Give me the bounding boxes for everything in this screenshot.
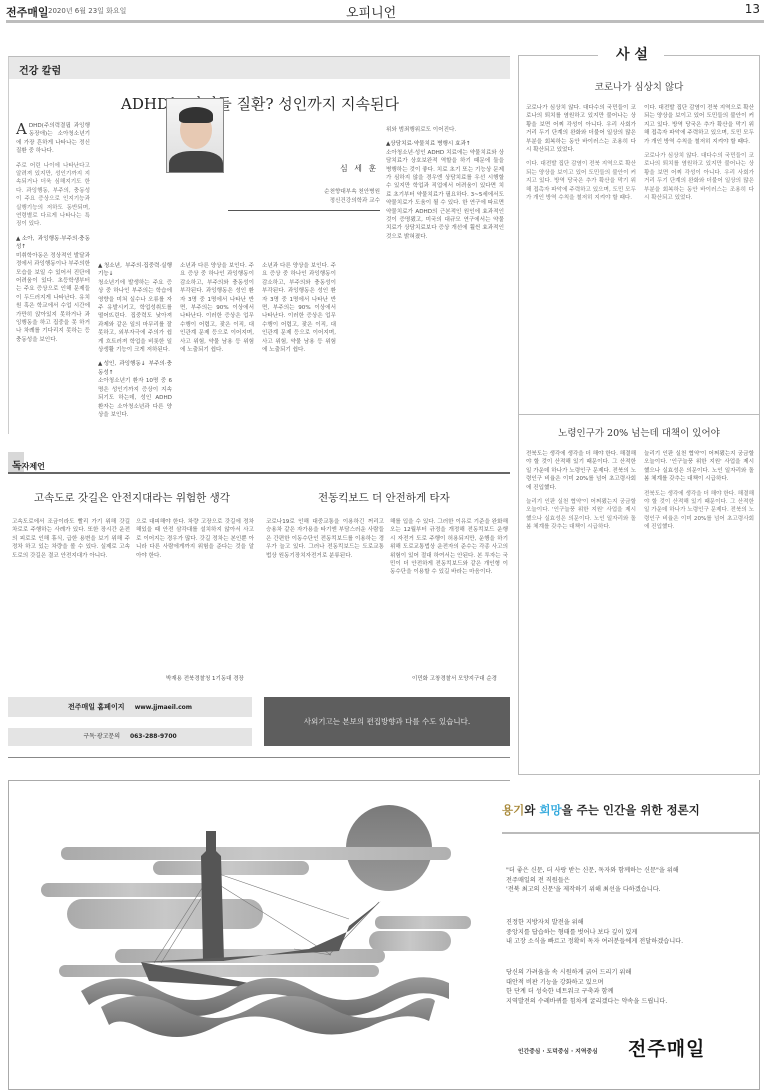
health-col1-p1: DHD(주의력결핍 과잉행동장애)는 소아청소년기에 가장 흔하게 나타나는 정… [16,123,90,154]
article-1-col1-text: 고속도로에서 조금이라도 빨리 가기 위해 갓길 차로로 주행하는 사례가 있다… [12,519,130,559]
health-col1-p2: 주로 어린 나이에 나타난다고 알려져 있지만, 성인기까지 지속되거나 더욱 … [16,162,90,229]
editorial-2-col-2: 늘리기 인판 실천 협약'이 어쩌됐는지 궁금할 오늘이다. '인구늘풍 위한 … [644,450,754,768]
reader-proposal-header: 독자제언 [8,452,510,474]
editorial-top-rule-right [664,55,760,56]
editorial-2-col1-text-b: 늘리기 인판 실천 협약'이 어쩌됐는지 궁금할 오늘이다. '인구늘풍 위한 … [526,498,636,532]
author-photo [166,98,224,173]
article-2-col2-text: 해를 입을 수 있다. 그러한 이유로 기준을 완화해 오는 12월부터 규정을… [390,519,508,575]
label-rest: 자제언 [22,462,45,471]
article-1-col2-text: 으로 대피해야 한다. 차량 고장으로 갓길에 정차해있을 때 안전 삼각대를 … [136,519,254,559]
editorial-2-col2-text: 늘리기 인판 실천 협약'이 어쩌됐는지 궁금할 오늘이다. '인구늘풍 위한 … [644,451,754,482]
section-divider [8,757,510,758]
disclaimer-notice: 사외기고는 본보의 편집방향과 다를 수도 있습니다. [264,697,510,746]
editorial-2-title[interactable]: 노령인구가 20% 넘는데 대책이 있어야 [518,425,760,439]
pledge-paragraph-3: 당신의 가려움을 속 시원하게 긁어 드리기 위해 대안적 비판 기능을 강화하… [506,968,756,1006]
editorial-2-col-1: 전북도는 생각에 생각을 더 해야 한다. 해결해야 할 것이 산적해 있기 때… [526,450,636,768]
article-1-col-2: 으로 대피해야 한다. 차량 고장으로 갓길에 정차해있을 때 안전 삼각대를 … [136,518,254,658]
slogan-courage: 용기 [502,803,524,817]
health-col4-p2: 소아청소년·성인 ADHD 치료에는 약물치료와 상담치료가 상호보완적 역할을… [386,150,504,240]
article-2-col1-text: 코로나19로 인해 대중교통을 이용하긴 꺼리고 승용차 같은 자가용을 타기엔… [266,519,384,559]
article-2-col-2: 해를 입을 수 있다. 그러한 이유로 기준을 완화해 오는 12월부터 규정을… [390,518,508,668]
author-affiliation: 순천향대부속 천안병원 정신건강의학과 교수 [270,188,380,206]
drop-cap: A [16,122,27,136]
article-2-title[interactable]: 전동킥보드 더 안전하게 타자 [318,490,450,505]
health-col-1: A DHD(주의력결핍 과잉행동장애)는 소아청소년기에 가장 흔하게 나타나는… [16,122,90,344]
article-2-col-1: 코로나19로 인해 대중교통을 이용하긴 꺼리고 승용차 같은 자가용을 타기엔… [266,518,384,678]
health-col4-p1: 위와 범죄행위로도 이어진다. [386,127,456,133]
editorial-col2-text: 이다. 대전발 집단 감염이 전북 지역으로 확산되는 양상을 보이고 있어 도… [644,105,754,145]
editorial-col1-text-b: 이다. 대전발 집단 감염이 전북 지역으로 확산되는 양상을 보이고 있어 도… [526,160,636,202]
label-first-char: 독 [12,461,22,472]
health-col3-p1: 소년과 다른 양상을 보인다. 주요 증상 중 하나인 과잉행동이 감소하고, … [180,263,254,353]
health-col-3b: 소년과 다른 양상을 보인다. 주요 증상 중 하나인 과잉행동이 감소하고, … [262,262,336,354]
article-2-byline: 이민화 고창경찰서 모양지구대 순경 [412,674,497,682]
footer-logo[interactable]: 전주매일 [628,1034,705,1061]
editorial-top-rule-left [518,55,598,56]
editorial-col-2: 이다. 대전발 집단 감염이 전북 지역으로 확산되는 양상을 보이고 있어 도… [644,104,754,404]
affiliation-line-1: 순천향대부속 천안병원 [270,188,380,197]
health-col2-p1: 청소년기에 발생하는 주요 증상 중 하나인 부주의는 학습에 영향을 미쳐 실… [98,280,172,353]
newspaper-logo[interactable]: 전주매일 [6,4,49,20]
author-divider [228,210,380,211]
slogan-rest: 을 주는 인간을 위한 정론지 [562,803,700,817]
editorial-label: 사 설 [604,44,660,64]
health-col2-subhead2: ▲성인, 과잉행동↓ 부주의·충동성↑ [98,360,172,377]
slogan-hope: 희망 [539,803,561,817]
reader-proposal-label: 독자제언 [12,457,45,472]
ship-illustration [8,780,510,1090]
author-name: 심 세 훈 [340,163,378,174]
slogan-and: 와 [524,803,539,817]
editorial-col1-text: 코로나가 심상치 않다. 대다수의 국민들이 코로나의 퇴치를 염원하고 있지만… [526,105,636,153]
health-col1-p3: 미취학아동은 정상적인 발달과정에서 과잉행동이나 부주의한 모습을 보일 수 … [16,253,90,343]
editorial-title[interactable]: 코로나가 심상치 않다 [518,79,760,93]
health-col2-p2: 소아청소년기 환자 10명 중 6명은 성인기까지 증상이 지속되기도 하는데,… [98,378,172,418]
subscription-phone[interactable]: 063-288-9700 [130,733,177,740]
homepage-label: 전주매일 홈페이지 [68,703,125,711]
masthead: 전주매일 2020년 6월 23일 화요일 오피니언 13 [6,2,764,20]
health-col3b-p1: 소년과 다른 양상을 보인다. 주요 증상 중 하나인 과잉행동이 감소하고, … [262,263,336,353]
homepage-box[interactable]: 전주매일 홈페이지 www.jjmaeil.com [8,697,252,717]
health-column-title[interactable]: ADHD는 아이들 질환? 성인까지 지속된다 [9,93,511,114]
pen-ship-icon [9,781,499,1089]
editorial-col-1: 코로나가 심상치 않다. 대다수의 국민들이 코로나의 퇴치를 염원하고 있지만… [526,104,636,404]
masthead-divider [6,20,764,23]
health-col-4: 위와 범죄행위로도 이어진다. ▲상담치료·약물치료 병행시 효과↑ 소아청소년… [386,126,504,241]
health-col-3: 소년과 다른 양상을 보인다. 주요 증상 중 하나인 과잉행동이 감소하고, … [180,262,254,354]
health-col4-subhead: ▲상담치료·약물치료 병행시 효과↑ [386,140,504,148]
subscription-label: 구독·광고문의 [83,733,120,740]
editorial-2-col2-text-b: 전북도는 생각에 생각을 더 해야 한다. 해결해야 할 것이 산적해 있기 때… [644,490,754,532]
page-number: 13 [745,2,760,16]
subscription-box: 구독·광고문의 063-288-9700 [8,728,252,746]
affiliation-line-2: 정신건강의학과 교수 [270,197,380,206]
section-title: 오피니언 [346,2,396,21]
article-1-byline: 박재용 전북경찰청 1기동대 경장 [166,674,244,682]
slogan-divider [502,832,760,834]
health-column-label: 건강 칼럼 [9,57,510,79]
pledge-paragraph-1: "더 좋은 신문, 더 사랑 받는 신문, 독자와 함께하는 신문"을 위해 전… [506,866,756,895]
article-1-col-1: 고속도로에서 조금이라도 빨리 가기 위해 갓길 차로로 주행하는 사례가 있다… [12,518,130,670]
health-col2-subhead: ▲청소년, 부주의·집중력·실행기능↓ [98,263,172,277]
issue-date: 2020년 6월 23일 화요일 [48,6,126,16]
article-1-title[interactable]: 고속도로 갓길은 안전지대라는 위험한 생각 [34,490,230,505]
health-col1-subhead: ▲소아, 과잉행동·부주의·충동성↑ [16,235,90,252]
pledge-paragraph-2: 진정한 지방자치 발전을 위해 중앙지를 답습하는 형태를 벗어나 보다 깊이 … [506,918,756,947]
newspaper-motto: 인간중심 · 도덕중심 · 지역중심 [518,1046,598,1055]
homepage-link[interactable]: www.jjmaeil.com [135,704,192,711]
promo-slogan: 용기와 희망을 주는 인간을 위한 정론지 [502,802,700,818]
editorial-2-col1-text: 전북도는 생각에 생각을 더 해야 한다. 해결해야 할 것이 산적해 있기 때… [526,451,636,491]
editorial-col2-text-b: 코로나가 심상치 않다. 대다수의 국민들이 코로나의 퇴치를 염원하고 있지만… [644,152,754,202]
health-col-2: ▲청소년, 부주의·집중력·실행기능↓ 청소년기에 발생하는 주요 증상 중 하… [98,262,172,419]
